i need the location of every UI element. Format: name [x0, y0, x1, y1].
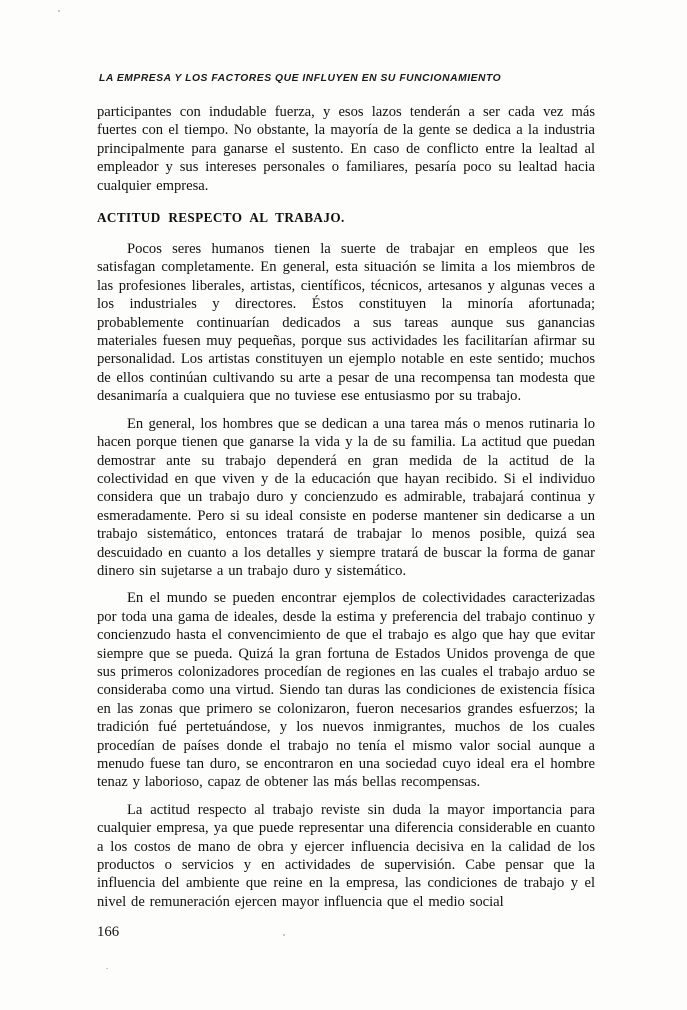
running-header: LA EMPRESA Y LOS FACTORES QUE INFLUYEN E…	[99, 73, 595, 84]
book-page: LA EMPRESA Y LOS FACTORES QUE INFLUYEN E…	[0, 0, 687, 1010]
body-paragraph: En el mundo se pueden encontrar ejemplos…	[97, 589, 595, 791]
scan-speck	[106, 968, 108, 969]
body-paragraph: participantes con indudable fuerza, y es…	[97, 103, 595, 195]
section-heading: ACTITUD RESPECTO AL TRABAJO.	[97, 210, 595, 226]
body-paragraph: En general, los hombres que se dedican a…	[97, 415, 595, 581]
body-paragraph: Pocos seres humanos tienen la suerte de …	[97, 240, 595, 406]
page-number: 166	[97, 924, 595, 941]
body-paragraph: La actitud respecto al trabajo reviste s…	[97, 801, 595, 911]
scan-speck	[283, 934, 285, 936]
scan-speck	[58, 10, 60, 12]
